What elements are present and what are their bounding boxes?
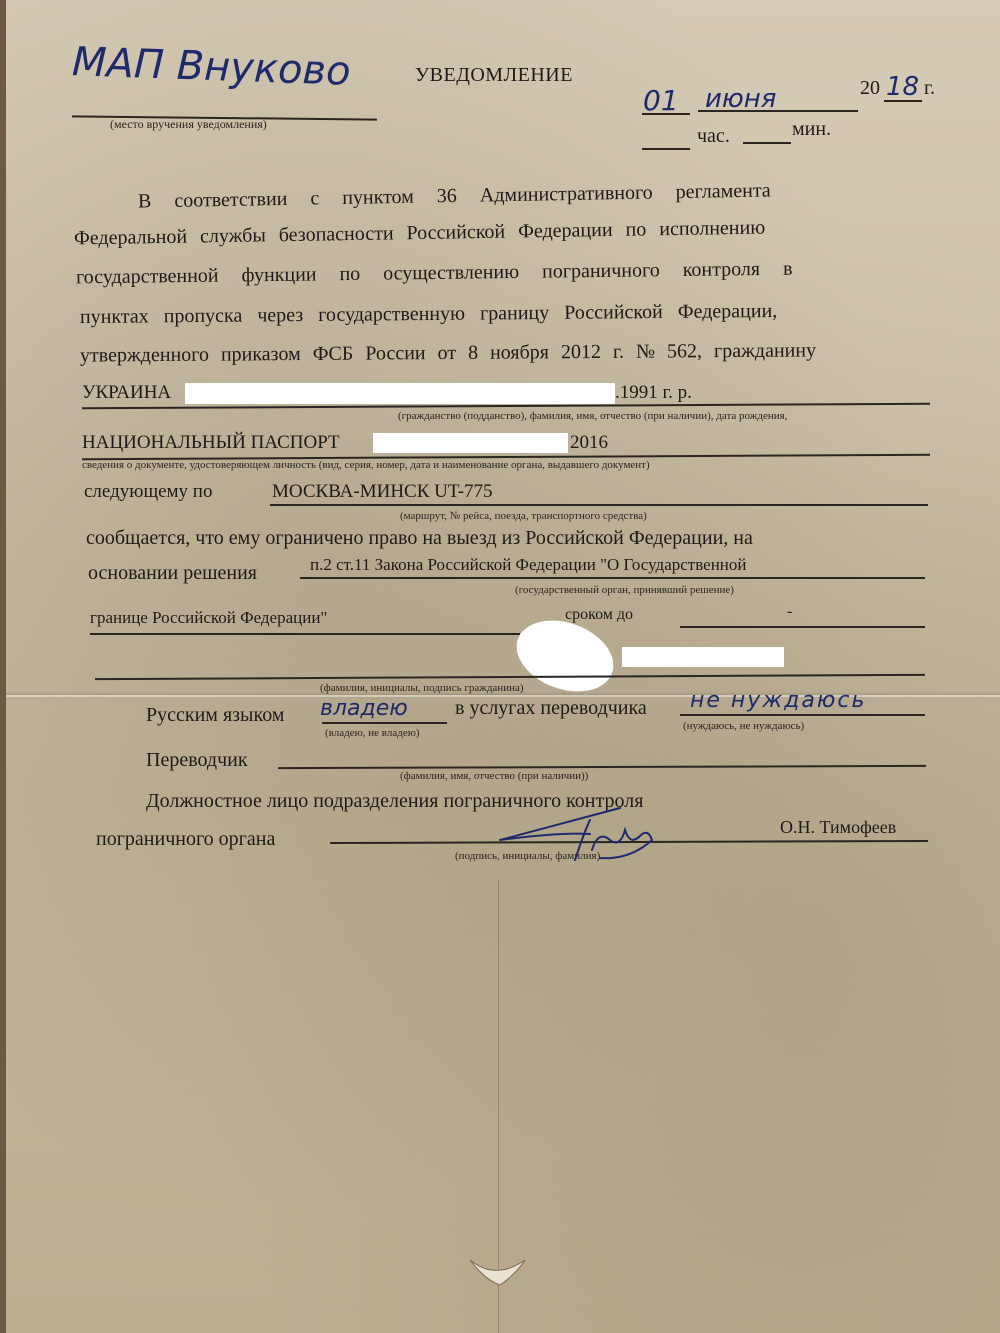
- translator-need-label: в услугах переводчика: [455, 697, 647, 720]
- route-underline: [270, 504, 928, 506]
- language-caption: (владею, не владею): [325, 727, 420, 739]
- citizenship-value: УКРАИНА: [82, 382, 171, 404]
- redacted-name: [185, 383, 615, 404]
- date-year-underline: [884, 100, 922, 102]
- officer-signature: [480, 800, 680, 875]
- restriction-basis-value-1: п.2 ст.11 Закона Российской Федерации "О…: [310, 555, 747, 575]
- birth-year-value: .1991 г. р.: [615, 382, 692, 404]
- basis-underline-2: [90, 633, 520, 635]
- officer-label-2: пограничного органа: [96, 828, 275, 851]
- officer-name: О.Н. Тимофеев: [780, 817, 896, 838]
- term-value: -: [787, 603, 792, 621]
- document-title: УВЕДОМЛЕНИЕ: [415, 64, 573, 87]
- redacted-passport-number: [373, 433, 568, 453]
- translator-caption: (фамилия, имя, отчество (при наличии)): [400, 770, 588, 782]
- basis-caption: (государственный орган, принявший решени…: [515, 584, 734, 596]
- translator-need-value: не нуждаюсь: [690, 688, 866, 713]
- language-label: Русским языком: [146, 704, 284, 727]
- route-caption: (маршрут, № рейса, поезда, транспортного…: [400, 510, 647, 522]
- citizen-signature-caption: (фамилия, инициалы, подпись гражданина): [320, 682, 524, 694]
- hour-underline: [642, 148, 690, 150]
- id-document-type: НАЦИОНАЛЬНЫЙ ПАСПОРТ: [82, 432, 340, 454]
- redacted-citizen-name: [622, 647, 784, 667]
- translator-label: Переводчик: [146, 749, 248, 772]
- term-label: сроком до: [565, 606, 633, 624]
- date-month-underline: [698, 110, 858, 112]
- date-year-suffix: 18: [886, 72, 919, 102]
- language-underline: [322, 722, 447, 724]
- date-year-prefix: 20: [860, 77, 880, 100]
- date-year-unit: г.: [924, 77, 935, 100]
- hour-label: час.: [697, 125, 730, 148]
- term-underline: [680, 626, 925, 628]
- place-caption: (место вручения уведомления): [110, 117, 267, 132]
- date-day-underline: [642, 113, 690, 115]
- restriction-line-1: сообщается, что ему ограничено право на …: [86, 527, 753, 550]
- route-value: МОСКВА-МИНСК UT-775: [272, 481, 493, 503]
- id-caption: сведения о документе, удостоверяющем лич…: [82, 459, 650, 471]
- paper-tear: [440, 1230, 560, 1305]
- place-value: МАП Внуково: [71, 39, 351, 95]
- citizen-caption: (гражданство (подданство), фамилия, имя,…: [398, 410, 787, 422]
- restriction-basis-label: основании решения: [88, 562, 257, 585]
- language-value: владею: [320, 696, 408, 721]
- basis-underline: [300, 577, 925, 579]
- route-label: следующему по: [84, 481, 212, 503]
- minute-underline: [743, 142, 791, 144]
- minute-label: мин.: [792, 118, 831, 141]
- restriction-basis-value-2: границе Российской Федерации": [90, 608, 327, 628]
- translator-need-caption: (нуждаюсь, не нуждаюсь): [683, 720, 804, 732]
- translator-need-underline: [680, 714, 925, 716]
- id-document-year: 2016: [570, 432, 608, 454]
